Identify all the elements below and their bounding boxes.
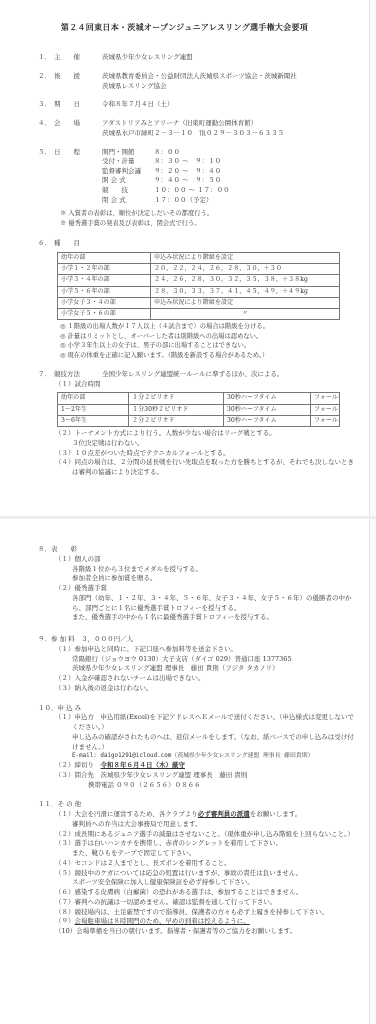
table-cell: ２０，２２，２４，２６，２８，３０，＋３０ (151, 264, 340, 275)
table-row: 小学女子３・４の部申込み状況により階級を設定 (58, 297, 340, 308)
schedule-time: ９：４０ ～ ９：５０ (154, 176, 221, 186)
events-note: ◎ １階級の出場人数が１７人以上（４試合まで）の場合は階級を分ける。 (0, 322, 369, 331)
awards-item-2a: 各部門（幼年、１・２年、３・４年、５・６年、女子３・４年、女子５・６年）の優勝者… (0, 594, 369, 614)
section-label: 競技方法 (54, 370, 102, 380)
table-cell: 小学女子５・６の部 (58, 309, 151, 320)
fee-item-3: （３）納入後の返金は行わない。 (0, 684, 369, 694)
table-row: 小学５・６年の部２８，３０，３３，３７，４１，４５，４９，＋４９kg (58, 286, 340, 297)
section-host: １． 主 催 茨城県少年少女レスリング連盟 (0, 53, 369, 63)
fee-bank-line: 常陽銀行（ジョウヨウ 0130）大子支店（ダイゴ 029）普通口座 137736… (0, 655, 369, 665)
awards-item-2: （２）優秀選手賞 (0, 584, 369, 594)
table-cell: 小学女子３・４の部 (58, 297, 151, 308)
entry-deadline-date: 令和８年６月４日（木）厳守 (101, 761, 186, 769)
other-item-8: （８）競技場内は、土足厳禁ですので指導員、保護者の方々も必ず上履きを持参して下さ… (0, 908, 369, 918)
other-item-9: （９）会場駐車場は８時開門のため、早めの到着は控えるように。 (0, 917, 369, 927)
section-label: 会 場 (54, 119, 102, 129)
date-body: 令和８年７月４日（土） (102, 100, 369, 110)
entry-deadline: （２）締切り 令和８年６月４日（木）厳守 (0, 761, 369, 771)
schedule-item: 競 技 (102, 186, 154, 196)
section-entry: １０．申 込 み (0, 704, 369, 714)
table-cell: ２４，２６，２８，３０，３２，３５，３８，＋３８kg (151, 275, 340, 286)
section-fee: ９．参 加 料 ３，０００円／人 (0, 635, 369, 645)
other-item-1-emphasis: 必ず審判員の派遣 (198, 810, 250, 818)
schedule-row-5: 閉 会 式１７：００（予定） (0, 196, 369, 206)
table-cell: ２８，３０，３３，３７，４１，４５，４９，＋４９kg (151, 286, 340, 297)
table-row: 3～6年生２分２ピリオド30秒ハーフタイムフォールあり (58, 415, 340, 426)
match-time-table: 幼年の部１分２ピリオド30秒ハーフタイムフォールなし 1～2年生１分30秒２ピリ… (57, 392, 340, 427)
rules-item-4: （４）同点の場合は、２分間の延長戦を行い先取点を取った方を勝ちとするが、それでも… (0, 458, 369, 478)
table-cell: 幼年の部 (58, 393, 129, 404)
section-venue: ４． 会 場 アダストリアみとアリーナ（旧東町運動公園体育館） (0, 119, 369, 129)
schedule-item: 開 会 式 (102, 176, 154, 186)
entry-header: １０．申 込 み (38, 704, 81, 714)
rules-sub1: （１）試合時間 (0, 380, 369, 390)
other-item-1-pre: （１）大会を円滑に運営するため、各クラブより (55, 810, 198, 818)
schedule-row-3: 開 会 式９：４０ ～ ９：５０ (0, 176, 369, 186)
section-number: ４． (38, 119, 54, 129)
section-number: ７． (38, 370, 54, 380)
fee-item-1: （１）参加申込と同時に、下記口座へ参加料等を送金下さい。 (0, 645, 369, 655)
schedule-row-4: 競 技１０：００ ～ １７：００ (0, 186, 369, 196)
table-row: 1～2年生１分30秒２ピリオド30秒ハーフタイムフォールなし (58, 404, 340, 415)
fee-account-holder: 茨城県少年少女レスリング連盟 理事長 藤田 貴則（フジタ タカノリ） (0, 664, 369, 674)
other-item-10: （10）会場準備を当日の朝行います。指導者・保護者等のご協力をお願いします。 (0, 927, 369, 937)
section-label: 種 目 (54, 239, 102, 249)
table-cell: 申込み状況により階級を設定 (151, 252, 340, 263)
section-label: 後 援 (54, 72, 102, 82)
venue-line2: 茨城県水戸市緑町２－３－１０ ℡０２９－３０３－６３３５ (0, 129, 369, 139)
other-item-6: （６）感染する皮膚病（白癬菌）の恐れがある選手は、参加することはできません。 (0, 888, 369, 898)
awards-item-1: （１）個人の部 (0, 555, 369, 565)
section-label: 日 程 (54, 148, 102, 158)
schedule-time: ８：００ (154, 148, 180, 158)
table-cell: 小学１・２年の部 (58, 264, 151, 275)
page-2: ８．表 彰 （１）個人の部 各階級１位から３位までメダルを授与する。 参加者全員… (0, 519, 370, 1024)
other-item-1-post: をお願いします。 (250, 810, 301, 818)
table-row: 幼年の部申込み状況により階級を設定 (58, 252, 340, 263)
entry-item-1b: 申し込みの確認がされたものへは、返信メールをします。（なお、紙ベースでの申し込み… (0, 733, 369, 753)
awards-item-1b: 参加者全員に参加賞を贈る。 (0, 574, 369, 584)
schedule-item: 開門・開館 (102, 148, 154, 158)
awards-item-1a: 各階級１位から３位までメダルを授与する。 (0, 565, 369, 575)
table-cell: 1～2年生 (58, 404, 129, 415)
schedule-time: １７：００（予定） (154, 196, 213, 206)
events-note: ◎ 小学３年生以上の女子は、男子の部に出場することはできない。 (0, 341, 369, 350)
entry-item-1: （１）申込方 申込用紙(Excel)を下記アドレスへＥメールで送付ください。（申… (0, 713, 369, 733)
other-item-5b: スポーツ安全保険に加入し健康保険証を必ず持参して下さい。 (0, 878, 369, 888)
section-awards: ８．表 彰 (0, 545, 369, 555)
venue-line1: アダストリアみとアリーナ（旧東町運動公園体育館） (102, 119, 369, 129)
events-note: ◎ 現在の体重を正確に記入願います。（階級を新設する場合があるため。） (0, 351, 369, 360)
awards-item-2b: また、優秀選手の中から１名に最優秀選手賞トロフィーを授与する。 (0, 613, 369, 623)
table-cell: 幼年の部 (58, 252, 151, 263)
section-events: ６． 種 目 (0, 239, 369, 249)
entry-deadline-label: （２）締切り (55, 761, 101, 769)
other-header: １１．そ の 他 (38, 800, 81, 810)
section-label: 主 催 (54, 53, 102, 63)
table-cell: フォールあり (311, 415, 340, 426)
page-1: 第２４回東日本・茨城オープンジュニアレスリング選手権大会要項 １． 主 催 茨城… (0, 0, 370, 516)
entry-email: E-mail: daigo1291@icloud.com（茨城県少年少女レスリン… (0, 752, 369, 761)
table-cell: 申込み状況により階級を設定 (151, 297, 340, 308)
table-cell: 小学５・６年の部 (58, 286, 151, 297)
schedule-time: ９：２０ ～ ９：４０ (154, 167, 221, 177)
table-cell: １分30秒２ピリオド (129, 404, 224, 415)
table-row: 小学１・２年の部２０，２２，２４，２６，２８，３０，＋３０ (58, 264, 340, 275)
support-line2: 茨城県レスリング協会 (0, 82, 369, 92)
other-item-9-number: （９） (55, 917, 75, 925)
awards-header: ８．表 彰 (38, 545, 77, 555)
table-row: 幼年の部１分２ピリオド30秒ハーフタイムフォールなし (58, 393, 340, 404)
schedule-item: 受付・計量 (102, 157, 154, 167)
schedule-note: ※ 優秀選手賞の発表及び表彰は、閉会式で行う。 (0, 219, 369, 228)
schedule-row-1: 受付・計量８：３０ ～ ９：１０ (0, 157, 369, 167)
table-cell: 〃 (151, 309, 340, 320)
fee-item-2: （２）入金が確認されないチームは出場できない。 (0, 674, 369, 684)
schedule-time: ８：３０ ～ ９：１０ (154, 157, 221, 167)
weight-class-table: 幼年の部申込み状況により階級を設定 小学１・２年の部２０，２２，２４，２６，２８… (57, 252, 340, 320)
schedule-time: １０：００ ～ １７：００ (154, 186, 230, 196)
table-cell: ２分２ピリオド (129, 415, 224, 426)
table-cell: 3～6年生 (58, 415, 129, 426)
table-cell: 30秒ハーフタイム (224, 404, 311, 415)
section-label: 期 日 (54, 100, 102, 110)
other-item-7: （７）審判への抗議は一切認めません。確認は監督を通して行って下さい。 (0, 898, 369, 908)
other-item-9-emphasis: 会場駐車場は８時開門のため、早めの到着は控えるように。 (75, 917, 250, 925)
fee-header: ９．参 加 料 ３，０００円／人 (38, 635, 133, 645)
section-number: １． (38, 53, 54, 63)
section-schedule: ５． 日 程 開門・開館８：００ (0, 148, 369, 158)
other-item-5: （５）競技中のケガについては応急の処置は行いますが、事故の責任は負いません。 (0, 869, 369, 879)
host-body: 茨城県少年少女レスリング連盟 (102, 53, 369, 63)
rules-item-2b: ３位決定戦は行わない。 (0, 439, 369, 449)
section-date: ３． 期 日 令和８年７月４日（土） (0, 100, 369, 110)
table-cell: 30秒ハーフタイム (224, 393, 311, 404)
rules-item-2: （２）トーナメント方式により行う。人数が少ない場合はリーグ戦とする。 (0, 429, 369, 439)
section-number: ５． (38, 148, 54, 158)
events-note: ◎ 計量はリミットとし、オーバーした者は別階級への出場は認めない。 (0, 332, 369, 341)
section-number: ６． (38, 239, 54, 249)
other-item-1b: 審判員への弁当は大会事務局で用意します。 (0, 820, 369, 830)
entry-phone: 携帯電話 ０９０（２６５６）０８６６ (0, 781, 369, 791)
document-title: 第２４回東日本・茨城オープンジュニアレスリング選手権大会要項 (0, 22, 369, 33)
other-item-3: （３）選手は白いハンカチを携帯し、赤青のシングレットを着用して下さい。 (0, 839, 369, 849)
section-support: ２． 後 援 茨城県教育委員会・公益財団法人茨城県スポーツ協会・茨城新聞社 (0, 72, 369, 82)
section-other: １１．そ の 他 (0, 800, 369, 810)
table-cell: フォールなし (311, 404, 340, 415)
other-item-1: （１）大会を円滑に運営するため、各クラブより必ず審判員の派遣をお願いします。 (0, 810, 369, 820)
support-line1: 茨城県教育委員会・公益財団法人茨城県スポーツ協会・茨城新聞社 (102, 72, 369, 82)
other-item-3b: また、靴ひもをテープで固定して下さい。 (0, 849, 369, 859)
schedule-item: 閉 会 式 (102, 196, 154, 206)
section-number: ２． (38, 72, 54, 82)
other-item-2: （２）成長期にあるジュニア選手の減量はさせないこと。（現体重が申し込み階級を上回… (0, 830, 369, 840)
table-cell: フォールなし (311, 393, 340, 404)
entry-contact: （３）問合先 茨城県少年少女レスリング連盟 理事長 藤田 貴則 (0, 771, 369, 781)
schedule-row-2: 監督審判会議９：２０ ～ ９：４０ (0, 167, 369, 177)
section-rules: ７． 競技方法 全国少年レスリング連盟統一ルールに準ずるほか、次による。 (0, 370, 369, 380)
other-item-4: （４）セコンドは２人までとし、長ズボンを着用すること。 (0, 859, 369, 869)
table-cell: 30秒ハーフタイム (224, 415, 311, 426)
schedule-row-0: 開門・開館８：００ (102, 148, 369, 158)
rules-item-3: （３）１０点差がついた時点でテクニカルフォールとする。 (0, 449, 369, 459)
schedule-note: ※ 入賞者の表彰は、順位が決定しだいその都度行う。 (0, 209, 369, 218)
table-row: 小学女子５・６の部〃 (58, 309, 340, 320)
table-row: 小学３・４年の部２４，２６，２８，３０，３２，３５，３８，＋３８kg (58, 275, 340, 286)
rules-intro: 全国少年レスリング連盟統一ルールに準ずるほか、次による。 (102, 370, 369, 380)
document-viewport: 第２４回東日本・茨城オープンジュニアレスリング選手権大会要項 １． 主 催 茨城… (0, 0, 376, 1024)
section-number: ３． (38, 100, 54, 110)
table-cell: １分２ピリオド (129, 393, 224, 404)
table-cell: 小学３・４年の部 (58, 275, 151, 286)
